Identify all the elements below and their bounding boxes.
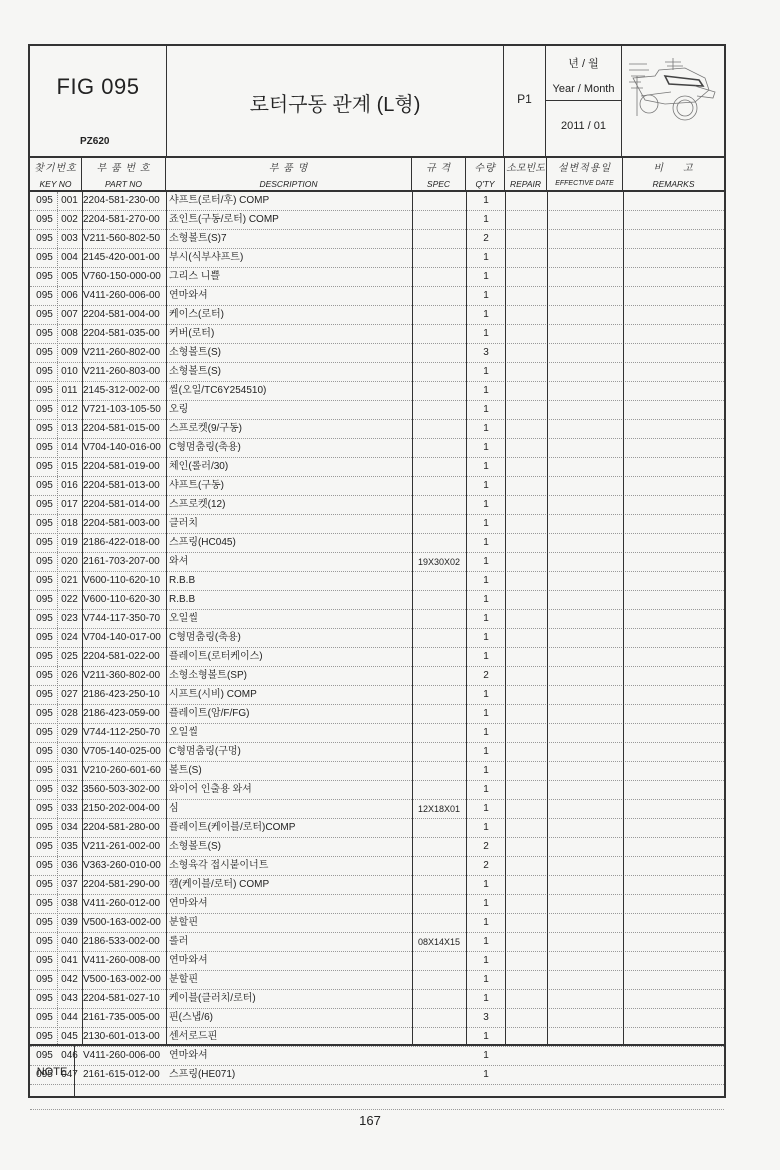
cell-desc: 캠(케이블/로터) COMP xyxy=(169,876,411,894)
cell-fig: 095 xyxy=(32,724,57,742)
figure-box: FIG 095 PZ620 xyxy=(30,46,167,156)
cell-qty: 1 xyxy=(467,895,505,913)
cell-desc: 소형볼트(S) xyxy=(169,363,411,381)
cell-fig: 095 xyxy=(32,211,57,229)
table-row: 095023V744-117-350-70오일씰1 xyxy=(30,610,724,629)
cell-qty: 1 xyxy=(467,914,505,932)
cell-fig: 095 xyxy=(32,857,57,875)
cell-key: 014 xyxy=(57,439,82,457)
cell-qty: 1 xyxy=(467,743,505,761)
cell-desc: 스프링(HC045) xyxy=(169,534,411,552)
cell-key: 037 xyxy=(57,876,82,894)
table-row: 0950202161-703-207-00와셔19X30X021 xyxy=(30,553,724,572)
cell-key: 019 xyxy=(57,534,82,552)
table-row: 095012V721-103-105-50오링1 xyxy=(30,401,724,420)
cell-qty: 1 xyxy=(467,458,505,476)
cell-fig: 095 xyxy=(32,382,57,400)
cell-part: 3560-503-302-00 xyxy=(83,781,166,799)
table-row: 095010V211-260-803-00소형볼트(S)1 xyxy=(30,363,724,382)
table-row: 0950192186-422-018-00스프링(HC045)1 xyxy=(30,534,724,553)
table-row: 095009V211-260-802-00소형볼트(S)3 xyxy=(30,344,724,363)
table-row: 095031V210-260-601-60볼트(S)1 xyxy=(30,762,724,781)
cell-desc: C형멈춤링(축용) xyxy=(169,439,411,457)
cell-qty: 2 xyxy=(467,667,505,685)
cell-part: V704-140-016-00 xyxy=(83,439,166,457)
cell-fig: 095 xyxy=(32,401,57,419)
cell-qty: 1 xyxy=(467,439,505,457)
cell-part: 2204-581-270-00 xyxy=(83,211,166,229)
cell-part: 2204-581-004-00 xyxy=(83,306,166,324)
year-month-label-ko: 년 / 월 xyxy=(546,55,621,71)
table-row: 0950372204-581-290-00캠(케이블/로터) COMP1 xyxy=(30,876,724,895)
cell-qty: 1 xyxy=(467,496,505,514)
cell-desc: 소형소형볼트(SP) xyxy=(169,667,411,685)
cell-key: 041 xyxy=(57,952,82,970)
cell-key: 021 xyxy=(57,572,82,590)
cell-key: 032 xyxy=(57,781,82,799)
col-header-remarks: 비 고 REMARKS xyxy=(623,156,724,190)
cell-fig: 095 xyxy=(32,553,57,571)
cell-fig: 095 xyxy=(32,534,57,552)
cell-qty: 1 xyxy=(467,629,505,647)
cell-qty: 1 xyxy=(467,572,505,590)
cell-desc: 오링 xyxy=(169,401,411,419)
cell-desc: 스프로켓(12) xyxy=(169,496,411,514)
cell-qty: 1 xyxy=(467,420,505,438)
parts-sheet: FIG 095 PZ620 로터구동 관계 (L형) P1 년 / 월 Year… xyxy=(28,44,726,1098)
table-row: 095036V363-260-010-00소형육각 접시붙이너트2 xyxy=(30,857,724,876)
cell-part: 2204-581-035-00 xyxy=(83,325,166,343)
sheet-header: FIG 095 PZ620 로터구동 관계 (L형) P1 년 / 월 Year… xyxy=(30,46,724,158)
table-row: 0950042145-420-001-00부시(식부샤프트)1 xyxy=(30,249,724,268)
cell-part: 2186-423-059-00 xyxy=(83,705,166,723)
cell-key: 016 xyxy=(57,477,82,495)
cell-key: 008 xyxy=(57,325,82,343)
col-header-repair: 소모빈도 REPAIR xyxy=(505,156,547,190)
cell-spec xyxy=(413,230,465,248)
table-row: 095021V600-110-620-10R.B.B1 xyxy=(30,572,724,591)
cell-desc: 오일씰 xyxy=(169,724,411,742)
col-header-part: 부 품 번 호 PART NO xyxy=(82,156,166,190)
cell-fig: 095 xyxy=(32,990,57,1008)
cell-qty: 1 xyxy=(467,287,505,305)
cell-desc: 연마와셔 xyxy=(169,287,411,305)
table-row: 095041V411-260-008-00연마와셔1 xyxy=(30,952,724,971)
cell-spec xyxy=(413,363,465,381)
cell-desc: R.B.B xyxy=(169,591,411,609)
cell-qty: 1 xyxy=(467,477,505,495)
cell-spec xyxy=(413,705,465,723)
cell-qty: 1 xyxy=(467,705,505,723)
cell-part: 2204-581-019-00 xyxy=(83,458,166,476)
table-row: 0950252204-581-022-00플레이트(로터케이스)1 xyxy=(30,648,724,667)
cell-fig: 095 xyxy=(32,1009,57,1027)
cell-part: V211-360-802-00 xyxy=(83,667,166,685)
col-header-qty: 수량 Q'TY xyxy=(466,156,505,190)
cell-part: V211-260-802-00 xyxy=(83,344,166,362)
cell-fig: 095 xyxy=(32,306,57,324)
cell-spec xyxy=(413,306,465,324)
cell-part: V211-261-002-00 xyxy=(83,838,166,856)
cell-part: 2145-312-002-00 xyxy=(83,382,166,400)
table-row: 0950182204-581-003-00클러치1 xyxy=(30,515,724,534)
cell-key: 007 xyxy=(57,306,82,324)
cell-desc: 부시(식부샤프트) xyxy=(169,249,411,267)
cell-desc: 볼트(S) xyxy=(169,762,411,780)
cell-qty: 1 xyxy=(467,515,505,533)
cell-fig: 095 xyxy=(32,249,57,267)
cell-fig: 095 xyxy=(32,230,57,248)
cell-qty: 1 xyxy=(467,990,505,1008)
cell-qty: 1 xyxy=(467,268,505,286)
cell-desc: 심 xyxy=(169,800,411,818)
table-row: 095003V211-560-802-50소형볼트(S)72 xyxy=(30,230,724,249)
cell-spec xyxy=(413,192,465,210)
year-month-box: 년 / 월 Year / Month 2011 / 01 xyxy=(546,46,622,156)
cell-qty: 1 xyxy=(467,401,505,419)
column-header-row: 찾기번호 KEY NO 부 품 번 호 PART NO 부 품 명 DESCRI… xyxy=(30,156,724,192)
cell-spec xyxy=(413,1009,465,1027)
cell-key: 011 xyxy=(57,382,82,400)
table-row: 0950132204-581-015-00스프로켓(9/구동)1 xyxy=(30,420,724,439)
cell-part: 2161-703-207-00 xyxy=(83,553,166,571)
table-row: 095005V760-150-000-00그리스 니쁠1 xyxy=(30,268,724,287)
cell-qty: 1 xyxy=(467,971,505,989)
cell-qty: 1 xyxy=(467,306,505,324)
table-row: 0950072204-581-004-00케이스(로터)1 xyxy=(30,306,724,325)
cell-spec xyxy=(413,401,465,419)
page-ref-box: P1 xyxy=(504,46,546,156)
table-row: 095029V744-112-250-70오일씰1 xyxy=(30,724,724,743)
cell-key: 001 xyxy=(57,192,82,210)
cell-part: V600-110-620-10 xyxy=(83,572,166,590)
cell-spec xyxy=(413,268,465,286)
cell-key: 030 xyxy=(57,743,82,761)
table-row: 0950342204-581-280-00플레이트(케이블/로터)COMP1 xyxy=(30,819,724,838)
cell-desc: 소형볼트(S) xyxy=(169,344,411,362)
cell-key: 017 xyxy=(57,496,82,514)
cell-qty: 1 xyxy=(467,382,505,400)
cell-spec: 12X18X01 xyxy=(413,800,465,818)
cell-fig: 095 xyxy=(32,781,57,799)
cell-fig: 095 xyxy=(32,325,57,343)
model-name: PZ620 xyxy=(80,136,109,147)
cell-fig: 095 xyxy=(32,952,57,970)
cell-fig: 095 xyxy=(32,572,57,590)
table-row: 095026V211-360-802-00소형소형볼트(SP)2 xyxy=(30,667,724,686)
cell-part: 2186-533-002-00 xyxy=(83,933,166,951)
cell-key: 006 xyxy=(57,287,82,305)
col-header-key: 찾기번호 KEY NO xyxy=(30,156,82,190)
cell-fig: 095 xyxy=(32,515,57,533)
cell-key: 044 xyxy=(57,1009,82,1027)
cell-desc: 소형육각 접시붙이너트 xyxy=(169,857,411,875)
cell-key: 036 xyxy=(57,857,82,875)
cell-qty: 1 xyxy=(467,819,505,837)
cell-part: 2204-581-230-00 xyxy=(83,192,166,210)
cell-key: 042 xyxy=(57,971,82,989)
cell-spec xyxy=(413,762,465,780)
cell-part: V363-260-010-00 xyxy=(83,857,166,875)
cell-desc: 샤프트(구동) xyxy=(169,477,411,495)
cell-part: V705-140-025-00 xyxy=(83,743,166,761)
figure-number: FIG 095 xyxy=(30,74,166,100)
cell-desc: 핀(스냅/6) xyxy=(169,1009,411,1027)
cell-spec xyxy=(413,686,465,704)
cell-desc: 케이스(로터) xyxy=(169,306,411,324)
cell-qty: 1 xyxy=(467,724,505,742)
table-row: 0950272186-423-250-10시프트(시비) COMP1 xyxy=(30,686,724,705)
cell-key: 015 xyxy=(57,458,82,476)
cell-key: 029 xyxy=(57,724,82,742)
cell-spec xyxy=(413,876,465,894)
rice-transplanter-icon xyxy=(625,56,721,146)
cell-spec xyxy=(413,420,465,438)
cell-spec xyxy=(413,344,465,362)
cell-spec xyxy=(413,781,465,799)
table-row: 0950082204-581-035-00커버(로터)1 xyxy=(30,325,724,344)
table-row: 095038V411-260-012-00연마와셔1 xyxy=(30,895,724,914)
cell-key: 023 xyxy=(57,610,82,628)
table-row: 095039V500-163-002-00분할핀1 xyxy=(30,914,724,933)
cell-key: 020 xyxy=(57,553,82,571)
note-section: NOTE xyxy=(30,1044,724,1098)
table-row: 095022V600-110-620-30R.B.B1 xyxy=(30,591,724,610)
cell-key: 013 xyxy=(57,420,82,438)
cell-desc: 샤프트(로터/후) COMP xyxy=(169,192,411,210)
cell-fig: 095 xyxy=(32,458,57,476)
cell-key: 039 xyxy=(57,914,82,932)
table-row: 095006V411-260-006-00연마와셔1 xyxy=(30,287,724,306)
cell-desc: 플레이트(로터케이스) xyxy=(169,648,411,666)
cell-spec xyxy=(413,610,465,628)
cell-spec xyxy=(413,382,465,400)
cell-key: 034 xyxy=(57,819,82,837)
cell-spec xyxy=(413,629,465,647)
cell-fig: 095 xyxy=(32,800,57,818)
cell-spec xyxy=(413,515,465,533)
cell-part: 2204-581-027-10 xyxy=(83,990,166,1008)
cell-key: 024 xyxy=(57,629,82,647)
cell-part: 2204-581-280-00 xyxy=(83,819,166,837)
cell-qty: 1 xyxy=(467,211,505,229)
cell-spec xyxy=(413,667,465,685)
cell-part: 2204-581-003-00 xyxy=(83,515,166,533)
table-row: 0950012204-581-230-00샤프트(로터/후) COMP1 xyxy=(30,192,724,211)
cell-key: 010 xyxy=(57,363,82,381)
cell-spec xyxy=(413,439,465,457)
cell-desc: 시프트(시비) COMP xyxy=(169,686,411,704)
cell-desc: 분할핀 xyxy=(169,971,411,989)
cell-fig: 095 xyxy=(32,971,57,989)
cell-part: V600-110-620-30 xyxy=(83,591,166,609)
col-header-spec: 규 격 SPEC xyxy=(412,156,466,190)
cell-part: V411-260-008-00 xyxy=(83,952,166,970)
cell-fig: 095 xyxy=(32,762,57,780)
cell-key: 005 xyxy=(57,268,82,286)
cell-part: 2150-202-004-00 xyxy=(83,800,166,818)
page-ref: P1 xyxy=(504,92,545,106)
cell-desc: 죠인트(구동/로터) COMP xyxy=(169,211,411,229)
parts-table-body: 0950012204-581-230-00샤프트(로터/후) COMP10950… xyxy=(30,192,724,1110)
cell-fig: 095 xyxy=(32,420,57,438)
cell-qty: 1 xyxy=(467,363,505,381)
cell-desc: 분할핀 xyxy=(169,914,411,932)
cell-desc: 연마와셔 xyxy=(169,895,411,913)
cell-desc: 그리스 니쁠 xyxy=(169,268,411,286)
illustration-box xyxy=(622,46,724,156)
cell-qty: 1 xyxy=(467,800,505,818)
table-row: 095024V704-140-017-00C형멈춤링(축용)1 xyxy=(30,629,724,648)
cell-fig: 095 xyxy=(32,287,57,305)
cell-qty: 1 xyxy=(467,591,505,609)
cell-part: 2186-423-250-10 xyxy=(83,686,166,704)
cell-qty: 1 xyxy=(467,610,505,628)
cell-qty: 2 xyxy=(467,857,505,875)
cell-qty: 3 xyxy=(467,344,505,362)
cell-fig: 095 xyxy=(32,591,57,609)
cell-fig: 095 xyxy=(32,192,57,210)
cell-key: 003 xyxy=(57,230,82,248)
cell-fig: 095 xyxy=(32,496,57,514)
cell-spec xyxy=(413,534,465,552)
cell-desc: 클러치 xyxy=(169,515,411,533)
cell-part: 2204-581-015-00 xyxy=(83,420,166,438)
cell-part: V760-150-000-00 xyxy=(83,268,166,286)
cell-spec xyxy=(413,325,465,343)
table-row: 095014V704-140-016-00C형멈춤링(축용)1 xyxy=(30,439,724,458)
table-row: 095042V500-163-002-00분할핀1 xyxy=(30,971,724,990)
cell-fig: 095 xyxy=(32,895,57,913)
cell-qty: 1 xyxy=(467,762,505,780)
cell-part: V744-112-250-70 xyxy=(83,724,166,742)
cell-part: 2204-581-290-00 xyxy=(83,876,166,894)
cell-key: 018 xyxy=(57,515,82,533)
cell-spec xyxy=(413,724,465,742)
cell-part: V210-260-601-60 xyxy=(83,762,166,780)
table-row: 0950112145-312-002-00씰(오일/TC6Y254510)1 xyxy=(30,382,724,401)
title-box: 로터구동 관계 (L형) xyxy=(167,46,504,156)
cell-desc: 롤러 xyxy=(169,933,411,951)
cell-key: 043 xyxy=(57,990,82,1008)
cell-key: 027 xyxy=(57,686,82,704)
cell-key: 040 xyxy=(57,933,82,951)
cell-spec xyxy=(413,914,465,932)
table-row: 0950152204-581-019-00체인(롤러/30)1 xyxy=(30,458,724,477)
table-row: 0950442161-735-005-00핀(스냅/6)3 xyxy=(30,1009,724,1028)
cell-part: V211-560-802-50 xyxy=(83,230,166,248)
cell-desc: R.B.B xyxy=(169,572,411,590)
table-row: 095030V705-140-025-00C형멈춤링(구멍)1 xyxy=(30,743,724,762)
cell-desc: 와셔 xyxy=(169,553,411,571)
col-header-effective-date: 설변적용일 EFFECTIVE DATE xyxy=(547,156,623,190)
cell-part: 2145-420-001-00 xyxy=(83,249,166,267)
cell-spec xyxy=(413,819,465,837)
cell-key: 026 xyxy=(57,667,82,685)
cell-spec xyxy=(413,496,465,514)
cell-qty: 1 xyxy=(467,648,505,666)
cell-qty: 1 xyxy=(467,933,505,951)
cell-spec xyxy=(413,249,465,267)
table-row: 0950172204-581-014-00스프로켓(12)1 xyxy=(30,496,724,515)
col-header-description: 부 품 명 DESCRIPTION xyxy=(166,156,412,190)
cell-desc: 커버(로터) xyxy=(169,325,411,343)
cell-part: 2161-735-005-00 xyxy=(83,1009,166,1027)
cell-spec xyxy=(413,990,465,1008)
cell-qty: 2 xyxy=(467,230,505,248)
cell-key: 009 xyxy=(57,344,82,362)
cell-key: 031 xyxy=(57,762,82,780)
cell-desc: C형멈춤링(축용) xyxy=(169,629,411,647)
cell-part: 2204-581-022-00 xyxy=(83,648,166,666)
cell-fig: 095 xyxy=(32,610,57,628)
cell-spec xyxy=(413,895,465,913)
cell-qty: 2 xyxy=(467,838,505,856)
cell-fig: 095 xyxy=(32,819,57,837)
sheet-title: 로터구동 관계 (L형) xyxy=(167,88,503,117)
table-row: 0950162204-581-013-00샤프트(구동)1 xyxy=(30,477,724,496)
cell-qty: 1 xyxy=(467,686,505,704)
cell-desc: C형멈춤링(구멍) xyxy=(169,743,411,761)
cell-fig: 095 xyxy=(32,705,57,723)
cell-qty: 3 xyxy=(467,1009,505,1027)
cell-fig: 095 xyxy=(32,876,57,894)
cell-spec xyxy=(413,971,465,989)
cell-key: 022 xyxy=(57,591,82,609)
cell-part: V744-117-350-70 xyxy=(83,610,166,628)
cell-fig: 095 xyxy=(32,363,57,381)
cell-spec xyxy=(413,857,465,875)
table-row: 0950323560-503-302-00와이어 인출용 와셔1 xyxy=(30,781,724,800)
cell-part: V500-163-002-00 xyxy=(83,971,166,989)
cell-fig: 095 xyxy=(32,743,57,761)
cell-key: 012 xyxy=(57,401,82,419)
cell-qty: 1 xyxy=(467,534,505,552)
cell-part: V411-260-006-00 xyxy=(83,287,166,305)
table-row: 0950022204-581-270-00죠인트(구동/로터) COMP1 xyxy=(30,211,724,230)
cell-spec xyxy=(413,952,465,970)
cell-part: V411-260-012-00 xyxy=(83,895,166,913)
cell-desc: 플레이트(암/F/FG) xyxy=(169,705,411,723)
cell-key: 035 xyxy=(57,838,82,856)
cell-desc: 오일씰 xyxy=(169,610,411,628)
cell-fig: 095 xyxy=(32,914,57,932)
cell-qty: 1 xyxy=(467,249,505,267)
cell-key: 004 xyxy=(57,249,82,267)
page-number: 167 xyxy=(0,1113,740,1128)
cell-fig: 095 xyxy=(32,268,57,286)
cell-key: 033 xyxy=(57,800,82,818)
year-month-label-en: Year / Month xyxy=(546,83,621,95)
cell-desc: 체인(롤러/30) xyxy=(169,458,411,476)
cell-key: 002 xyxy=(57,211,82,229)
cell-part: V500-163-002-00 xyxy=(83,914,166,932)
cell-spec xyxy=(413,838,465,856)
cell-spec: 08X14X15 xyxy=(413,933,465,951)
cell-spec xyxy=(413,591,465,609)
cell-part: 2204-581-014-00 xyxy=(83,496,166,514)
cell-spec xyxy=(413,458,465,476)
cell-spec xyxy=(413,477,465,495)
cell-desc: 소형볼트(S)7 xyxy=(169,230,411,248)
cell-spec: 19X30X02 xyxy=(413,553,465,571)
table-row: 0950432204-581-027-10케이블(클러치/로터)1 xyxy=(30,990,724,1009)
cell-qty: 1 xyxy=(467,553,505,571)
cell-spec xyxy=(413,743,465,761)
cell-key: 028 xyxy=(57,705,82,723)
cell-qty: 1 xyxy=(467,325,505,343)
cell-desc: 플레이트(케이블/로터)COMP xyxy=(169,819,411,837)
